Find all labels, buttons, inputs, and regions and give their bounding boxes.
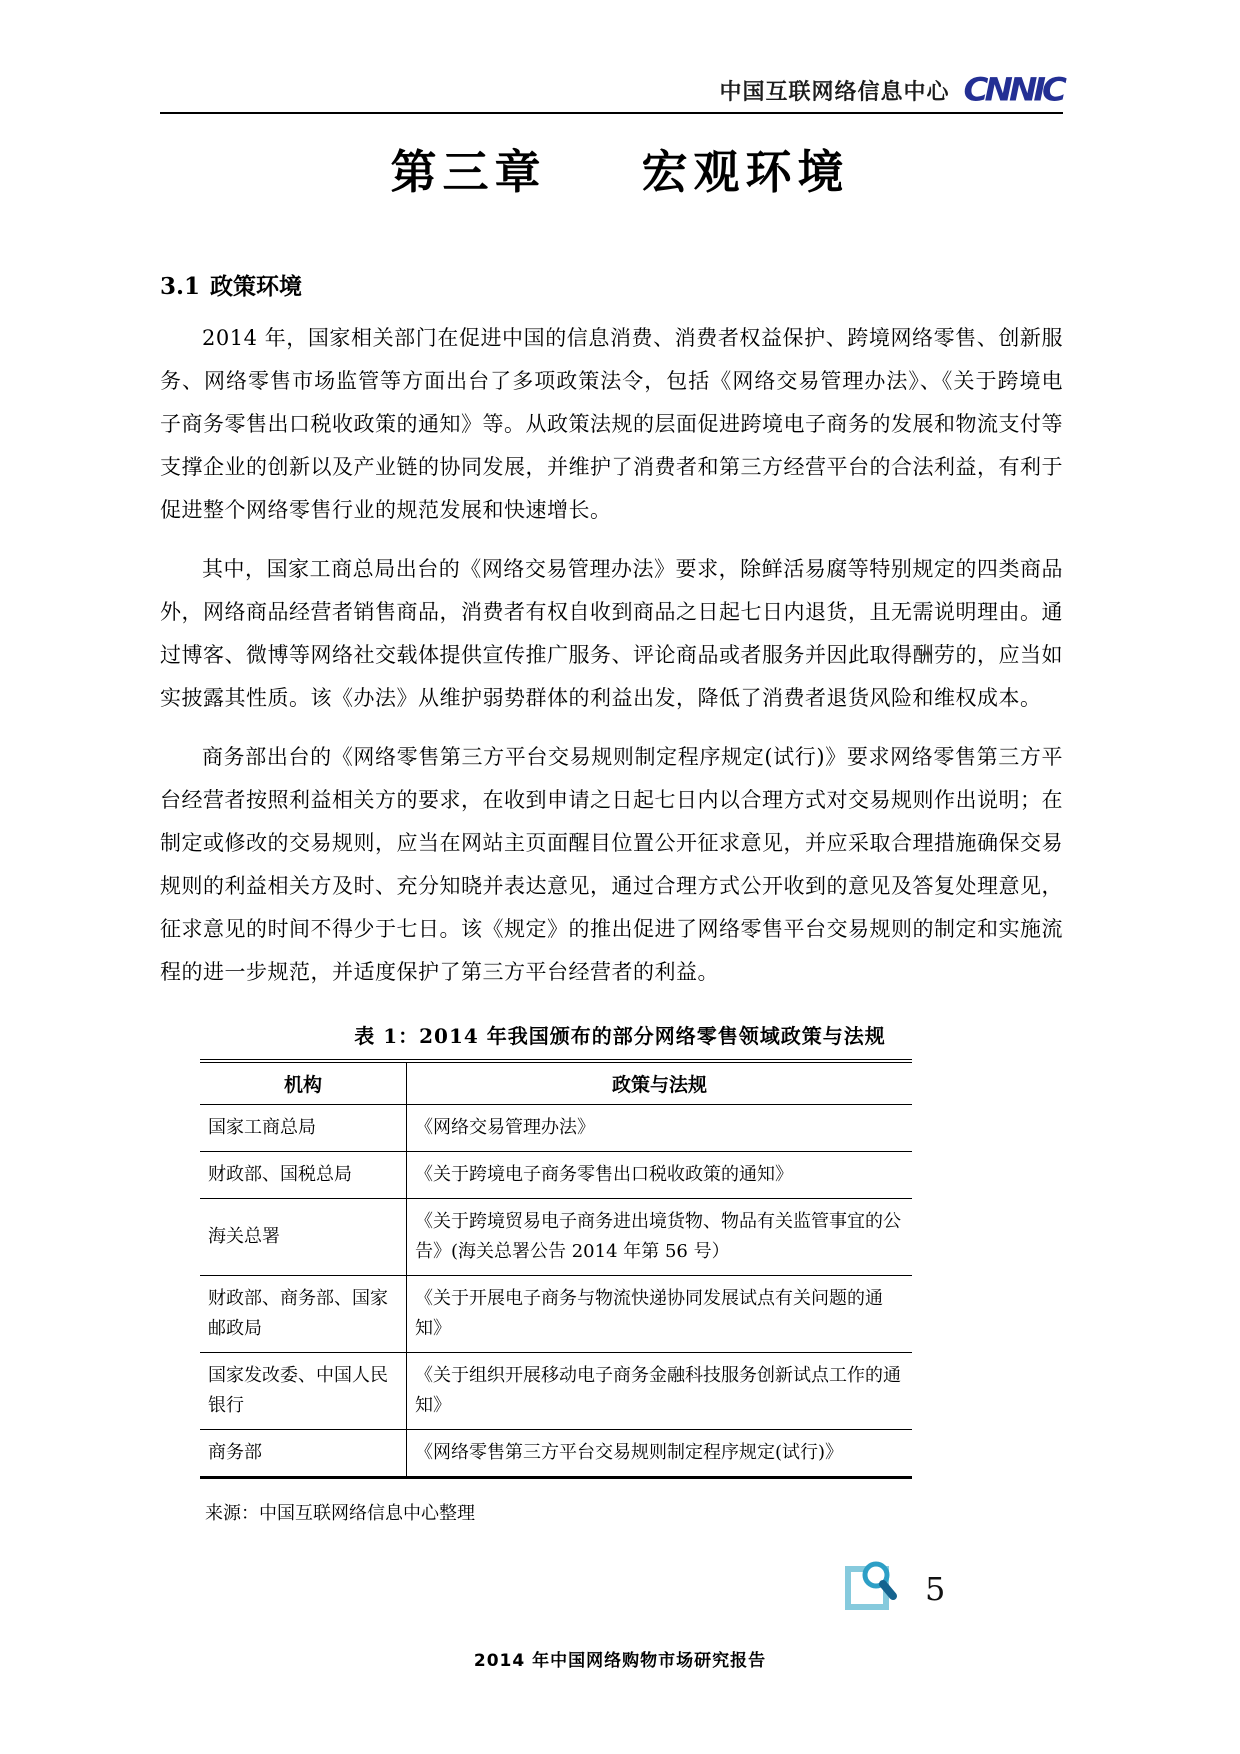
cell-institution: 海关总署 bbox=[200, 1199, 406, 1276]
chapter-title: 第三章 宏观环境 bbox=[0, 136, 1240, 202]
cell-policy: 《关于开展电子商务与物流快递协同发展试点有关问题的通知》 bbox=[406, 1276, 912, 1353]
chapter-label: 第三章 bbox=[391, 136, 547, 202]
policy-table-wrap: 机构 政策与法规 国家工商总局 《网络交易管理办法》 财政部、国税总局 《关于跨… bbox=[200, 1059, 912, 1479]
footer-report-title: 2014 年中国网络购物市场研究报告 bbox=[0, 1646, 1240, 1671]
table-row: 财政部、商务部、国家邮政局 《关于开展电子商务与物流快递协同发展试点有关问题的通… bbox=[200, 1276, 912, 1353]
table-row: 国家发改委、中国人民银行 《关于组织开展移动电子商务金融科技服务创新试点工作的通… bbox=[200, 1353, 912, 1430]
policy-table: 机构 政策与法规 国家工商总局 《网络交易管理办法》 财政部、国税总局 《关于跨… bbox=[200, 1062, 912, 1479]
cell-policy: 《网络交易管理办法》 bbox=[406, 1105, 912, 1152]
cell-institution: 财政部、商务部、国家邮政局 bbox=[200, 1276, 406, 1353]
cell-institution: 财政部、国税总局 bbox=[200, 1152, 406, 1199]
cell-policy: 《关于跨境电子商务零售出口税收政策的通知》 bbox=[406, 1152, 912, 1199]
footer-mark: 5 bbox=[843, 1560, 945, 1618]
magnifier-document-icon bbox=[843, 1560, 899, 1618]
page-header: 中国互联网络信息中心 CNNIC bbox=[160, 68, 1063, 114]
section-title: 政策环境 bbox=[210, 268, 302, 301]
paragraph-mofcom-rules: 商务部出台的《网络零售第三方平台交易规则制定程序规定(试行)》要求网络零售第三方… bbox=[160, 736, 1063, 994]
table-row: 商务部 《网络零售第三方平台交易规则制定程序规定(试行)》 bbox=[200, 1430, 912, 1478]
table-source: 来源：中国互联网络信息中心整理 bbox=[205, 1499, 1063, 1525]
paragraph-saic-measures: 其中，国家工商总局出台的《网络交易管理办法》要求，除鲜活易腐等特别规定的四类商品… bbox=[160, 548, 1063, 720]
table-header-row: 机构 政策与法规 bbox=[200, 1063, 912, 1105]
cell-policy: 《关于跨境贸易电子商务进出境货物、物品有关监管事宜的公告》(海关总署公告 201… bbox=[406, 1199, 912, 1276]
section-heading: 3.1 政策环境 bbox=[160, 268, 1063, 301]
page-number: 5 bbox=[925, 1570, 945, 1608]
table-row: 财政部、国税总局 《关于跨境电子商务零售出口税收政策的通知》 bbox=[200, 1152, 912, 1199]
cell-policy: 《关于组织开展移动电子商务金融科技服务创新试点工作的通知》 bbox=[406, 1353, 912, 1430]
section-number: 3.1 bbox=[160, 273, 200, 300]
table-header-institution: 机构 bbox=[200, 1063, 406, 1105]
table-row: 国家工商总局 《网络交易管理办法》 bbox=[200, 1105, 912, 1152]
cnnic-logo-icon: CNNIC bbox=[964, 74, 1063, 106]
cell-policy: 《网络零售第三方平台交易规则制定程序规定(试行)》 bbox=[406, 1430, 912, 1478]
body-copy: 2014 年，国家相关部门在促进中国的信息消费、消费者权益保护、跨境网络零售、创… bbox=[160, 317, 1063, 994]
paragraph-policy-overview: 2014 年，国家相关部门在促进中国的信息消费、消费者权益保护、跨境网络零售、创… bbox=[160, 317, 1063, 532]
cell-institution: 商务部 bbox=[200, 1430, 406, 1478]
org-name: 中国互联网络信息中心 bbox=[720, 75, 950, 106]
cell-institution: 国家发改委、中国人民银行 bbox=[200, 1353, 406, 1430]
chapter-name: 宏观环境 bbox=[642, 136, 850, 202]
report-page: 中国互联网络信息中心 CNNIC 第三章 宏观环境 3.1 政策环境 2014 … bbox=[0, 0, 1240, 1754]
table-header-policy: 政策与法规 bbox=[406, 1063, 912, 1105]
table-caption: 表 1：2014 年我国颁布的部分网络零售领域政策与法规 bbox=[0, 1020, 1240, 1049]
table-row: 海关总署 《关于跨境贸易电子商务进出境货物、物品有关监管事宜的公告》(海关总署公… bbox=[200, 1199, 912, 1276]
cell-institution: 国家工商总局 bbox=[200, 1105, 406, 1152]
